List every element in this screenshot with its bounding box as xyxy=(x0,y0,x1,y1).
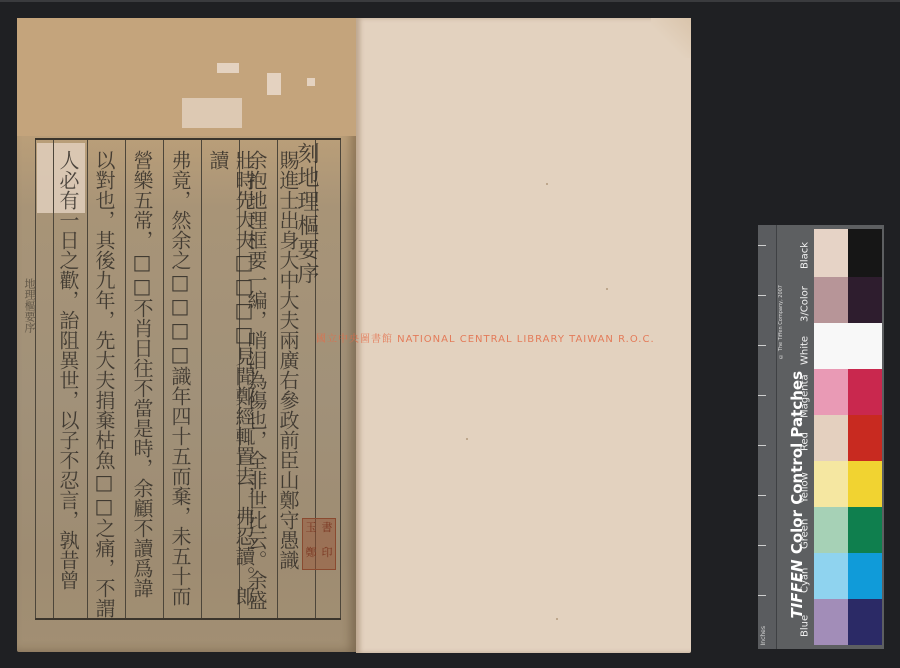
patch-blue-light xyxy=(814,599,848,645)
patch-red-light xyxy=(814,415,848,461)
patch-label-green: Green xyxy=(796,511,814,557)
text-column-6: 營樂五常，□□不肖日往不當是時，余顧不讀爲諱 xyxy=(129,150,155,598)
text-column-5: 弗竟，然余之□□□□識年四十五而棄，未五十而 xyxy=(167,150,193,606)
library-stamp: 國立中央圖書館 NATIONAL CENTRAL LIBRARY TAIWAN … xyxy=(316,330,655,345)
text-frame: 刻地理樞要序 賜進士出身大中大夫兩廣右參政前臣山鄭守愚識 余抱地理框要一編，哨泪… xyxy=(35,138,341,620)
ruler-tick xyxy=(758,345,766,346)
ruler-tick xyxy=(758,245,766,246)
patch-yellow-dark xyxy=(848,461,882,507)
patch-yellow-light xyxy=(814,461,848,507)
worn-corner xyxy=(651,18,691,58)
red-seal-stamp: 玉書鄭印 xyxy=(302,518,336,570)
patch-cyan-light xyxy=(814,553,848,599)
ruler-tick xyxy=(758,495,766,496)
patch-green-light xyxy=(814,507,848,553)
text-column-8: 人必有一日之歡，詒阻異世，以子不忍言，孰昔曾 xyxy=(55,150,81,590)
paper-damage xyxy=(267,73,281,95)
patch-3color-light xyxy=(814,277,848,323)
text-column-4: 壯時先大夫□□□□見聞鄭經輒置去，弗忍讀。郎讀 xyxy=(205,150,257,618)
patch-green-dark xyxy=(848,507,882,553)
paper-damage xyxy=(307,78,315,86)
paper-speck xyxy=(556,618,558,620)
column-rule xyxy=(201,140,202,618)
ruler-tick xyxy=(758,545,766,546)
patch-label-3color: 3/Color xyxy=(796,281,814,327)
ruler: Inches xyxy=(758,225,777,649)
inches-label: Inches xyxy=(760,626,767,646)
patch-cyan-dark xyxy=(848,553,882,599)
column-rule xyxy=(125,140,126,618)
left-page: 地理樞要序 刻地理樞要序 賜進士出身大中大夫兩廣右參政前臣山鄭守愚識 余抱地理框… xyxy=(17,18,357,652)
column-rule xyxy=(340,140,341,618)
patch-label-black: Black xyxy=(796,229,814,281)
patch-labels: Blue Cyan Green Yellow Red Magenta White… xyxy=(796,225,814,649)
ruler-tick xyxy=(758,295,766,296)
patch-3color-dark xyxy=(848,277,882,323)
patch-label-yellow: Yellow xyxy=(796,465,814,511)
column-rule xyxy=(35,140,36,618)
patch-label-blue: Blue xyxy=(796,603,814,649)
patch-label-red: Red xyxy=(796,419,814,465)
patch-red-dark xyxy=(848,415,882,461)
right-page: 國立中央圖書館 NATIONAL CENTRAL LIBRARY TAIWAN … xyxy=(356,18,691,653)
paper-damage xyxy=(182,98,242,128)
paper-speck xyxy=(466,438,468,440)
scanner-frame-edge xyxy=(0,0,900,2)
paper-speck xyxy=(606,288,608,290)
patch-label-magenta: Magenta xyxy=(796,373,814,419)
column-rule xyxy=(53,140,54,618)
text-column-2: 賜進士出身大中大夫兩廣右參政前臣山鄭守愚識 xyxy=(275,150,301,570)
patch-white xyxy=(814,323,882,369)
patch-label-cyan: Cyan xyxy=(796,557,814,603)
patch-magenta-light xyxy=(814,369,848,415)
paper-damage xyxy=(217,63,239,73)
patch-black-dark xyxy=(848,229,882,277)
ruler-tick xyxy=(758,445,766,446)
patch-label-white: White xyxy=(796,327,814,373)
patch-black-light xyxy=(814,229,848,277)
ruler-tick xyxy=(758,395,766,396)
text-column-7: 以對也，其後九年，先大夫捐棄枯魚□□之痛，不謂 xyxy=(91,150,117,618)
column-rule xyxy=(87,140,88,618)
ruler-tick xyxy=(758,595,766,596)
patch-magenta-dark xyxy=(848,369,882,415)
copyright-text: © The Tiffen Company, 2007 xyxy=(778,285,784,359)
column-rule xyxy=(163,140,164,618)
paper-speck xyxy=(546,183,548,185)
patch-blue-dark xyxy=(848,599,882,645)
tiffen-color-chart: Inches TIFFEN Color Control Patches © Th… xyxy=(758,225,884,649)
